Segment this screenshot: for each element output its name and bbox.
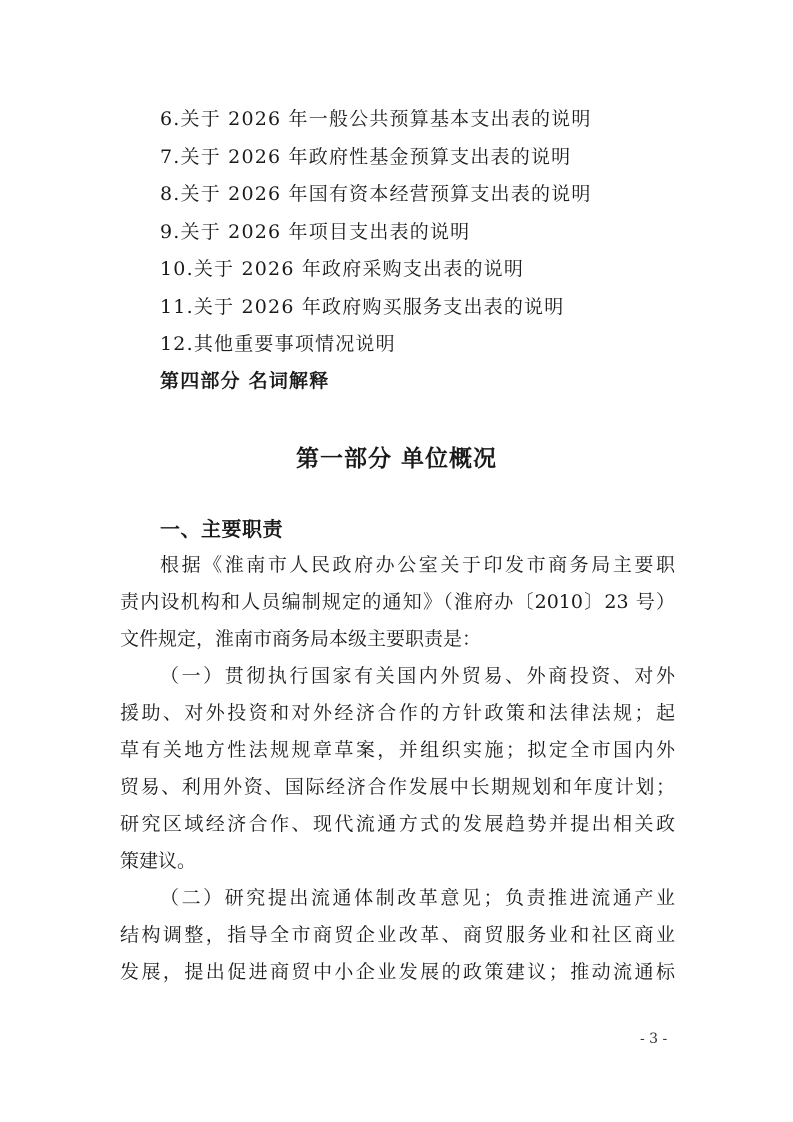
paragraph-line: 发展，提出促进商贸中小企业发展的政策建议；推动流通标 — [120, 960, 675, 984]
toc-item: 12.其他重要事项情况说明 — [160, 332, 396, 356]
paragraph-line: 策建议。 — [120, 849, 675, 873]
toc-item: 11.关于 2026 年政府购买服务支出表的说明 — [160, 295, 564, 319]
paragraph-line: 草有关地方性法规规章草案，并组织实施；拟定全市国内外 — [120, 738, 675, 762]
section-title: 第一部分 单位概况 — [0, 440, 793, 473]
paragraph-line: 结构调整，指导全市商贸企业改革、商贸服务业和社区商业 — [120, 923, 675, 947]
toc-part4-heading: 第四部分 名词解释 — [160, 369, 329, 393]
toc-item: 9.关于 2026 年项目支出表的说明 — [160, 220, 470, 244]
section-heading: 一、主要职责 — [160, 517, 283, 541]
paragraph-line: 文件规定，淮南市商务局本级主要职责是： — [120, 627, 675, 651]
paragraph-line: （二）研究提出流通体制改革意见；负责推进流通产业 — [160, 886, 675, 910]
toc-item: 6.关于 2026 年一般公共预算基本支出表的说明 — [160, 107, 592, 131]
page-number: - 3 - — [640, 1031, 667, 1047]
toc-item: 10.关于 2026 年政府采购支出表的说明 — [160, 257, 524, 281]
toc-item: 8.关于 2026 年国有资本经营预算支出表的说明 — [160, 182, 592, 206]
paragraph-line: 援助、对外投资和对外经济合作的方针政策和法律法规；起 — [120, 701, 675, 725]
toc-item: 7.关于 2026 年政府性基金预算支出表的说明 — [160, 145, 571, 169]
paragraph-line: 根据《淮南市人民政府办公室关于印发市商务局主要职 — [160, 553, 675, 577]
paragraph-line: 贸易、利用外资、国际经济合作发展中长期规划和年度计划； — [120, 775, 675, 799]
document-page: 6.关于 2026 年一般公共预算基本支出表的说明 7.关于 2026 年政府性… — [0, 0, 793, 1122]
paragraph-line: 研究区域经济合作、现代流通方式的发展趋势并提出相关政 — [120, 812, 675, 836]
paragraph-line: （一）贯彻执行国家有关国内外贸易、外商投资、对外 — [160, 664, 675, 688]
paragraph-line: 责内设机构和人员编制规定的通知》（淮府办〔2010〕23 号） — [120, 590, 675, 614]
